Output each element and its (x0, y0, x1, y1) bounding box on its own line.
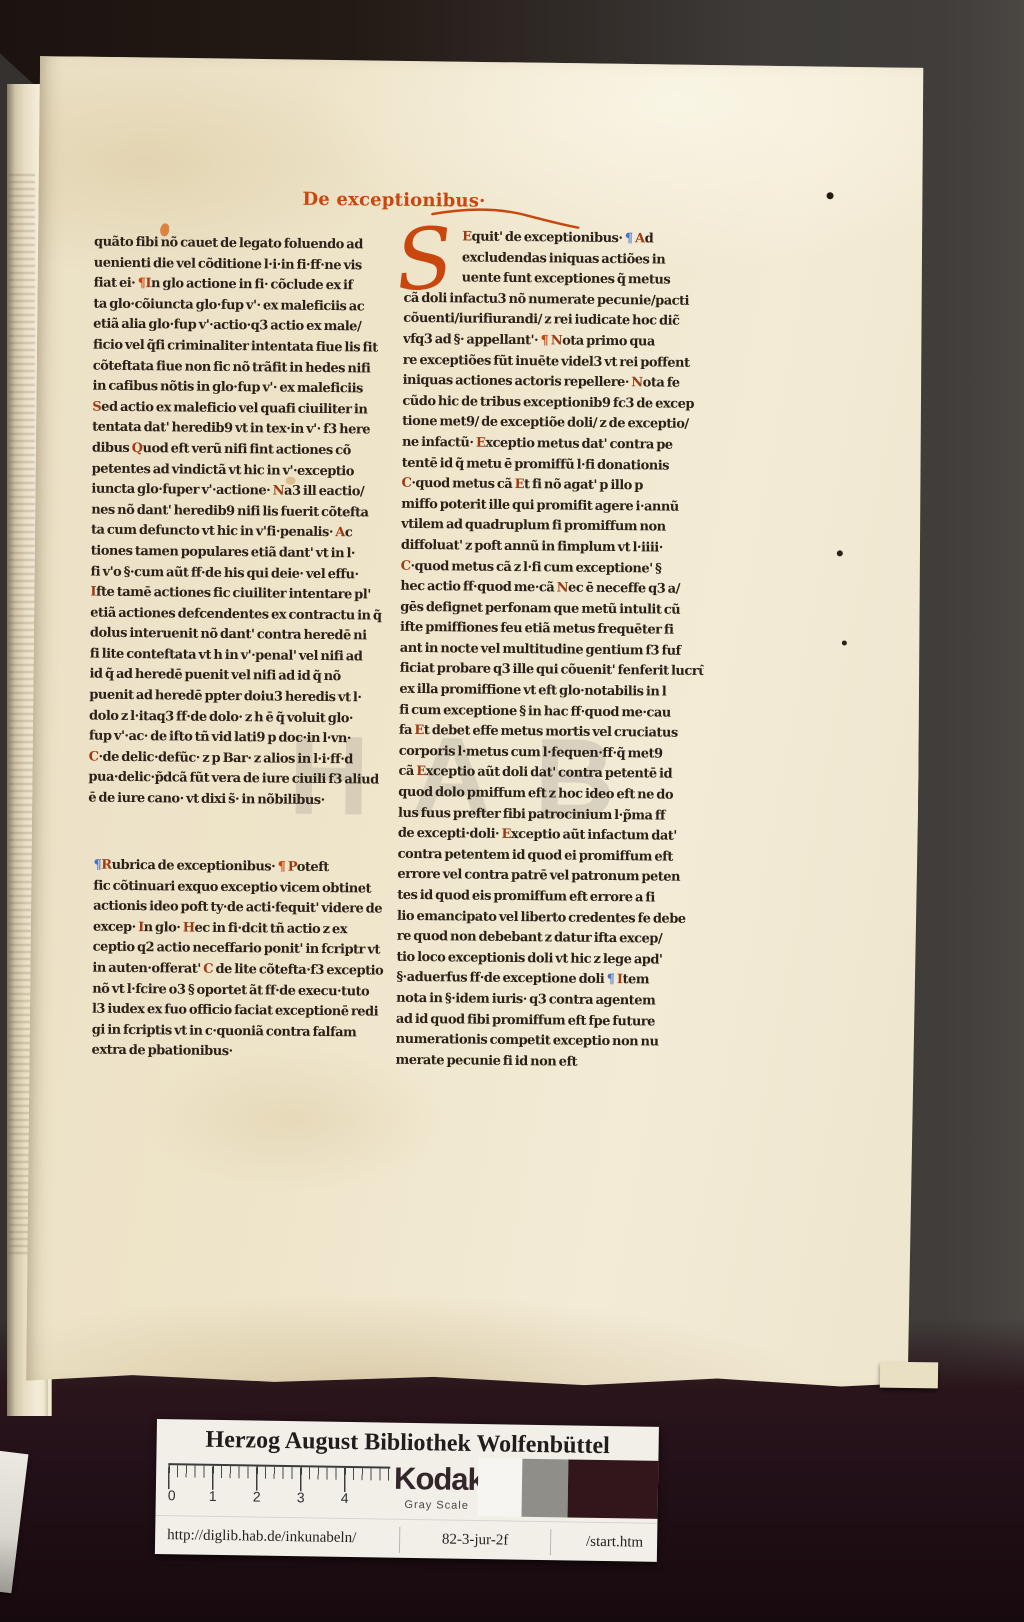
text-line: ficio vel q̃fi criminaliter intentata fi… (93, 336, 389, 360)
gray-scale-label: Gray Scale (394, 1499, 480, 1512)
rubricated-initial: C (89, 749, 99, 764)
text-line: extra de pbationibus· (91, 1041, 387, 1065)
rubricated-initial: N (557, 581, 569, 596)
text-line: ex illa promiffione vt eft glo·notabilis… (399, 680, 703, 704)
ruler-number: 2 (253, 1489, 261, 1505)
start-link-label: /start.htm (551, 1533, 657, 1552)
rubricated-initial: Q (132, 441, 143, 456)
rubricated-initial: N (631, 375, 643, 390)
rubricated-initial: I (145, 276, 151, 291)
rubricated-initial: P (288, 860, 297, 875)
ruler-numbers: 0 1 2 3 4 (168, 1487, 390, 1508)
text-line: diffoluat' z poft annũ in fimplum vt l·i… (401, 536, 705, 560)
rubricated-initial: S (92, 399, 101, 414)
ruler-number: 3 (297, 1489, 305, 1505)
text-line: l3 iudex ex fuo officio faciat exception… (92, 1000, 388, 1024)
text-line: iniquas actiones actoris repellere· Nota… (403, 371, 707, 395)
rubricated-initial: E (501, 827, 511, 842)
patch-gray (522, 1459, 569, 1518)
text-line: quod dolo pmiffum eft z hoc ideo eft ne … (398, 783, 702, 807)
manuscript-page: De exceptionibus· HAB quãto fibi nõ caue… (26, 56, 926, 1391)
rubricated-initial: R (101, 858, 111, 873)
wormhole-speck (837, 550, 843, 556)
text-line: iuncta glo·fuper v'·actione· Na3 ill eac… (91, 480, 387, 504)
left-column-block-2: ¶Rubrica de exceptionibus· ¶ Poteftfic c… (91, 856, 389, 1065)
text-line: fa Et debet effe metus mortis vel crucia… (399, 721, 703, 745)
card-bottom-row: http://diglib.hab.de/inkunabeln/ 82-3-ju… (155, 1515, 658, 1563)
gray-scale-patches (478, 1458, 659, 1519)
text-line: ta cum defuncto vt hic in v'fi·penalis· … (91, 521, 387, 545)
page-corner-tab (880, 1362, 938, 1389)
rubricated-initial: H (183, 920, 195, 935)
rubricated-initial: N (551, 333, 563, 348)
patch-white (478, 1458, 523, 1517)
text-line: in auten·offerat' C de lite cõtefta·f3 e… (92, 959, 388, 983)
rubricated-initial: E (515, 477, 525, 492)
text-line: ne infactũ· Exceptio metus dat' contra p… (402, 433, 706, 457)
rubricated-initial: I (617, 972, 623, 987)
left-column-block-1: quãto fibi nõ cauet de legato foluendo a… (88, 233, 390, 813)
red-pilcrow: ¶ (540, 333, 548, 348)
text-line: dibus Quod eft verũ nifi fint actiones c… (92, 439, 388, 463)
rubricated-initial: I (90, 585, 96, 600)
text-line: puenit ad heredē ppter doiu3 heredis vt … (89, 686, 385, 710)
ruler-number: 1 (209, 1488, 217, 1504)
red-pilcrow: ¶ (138, 276, 146, 291)
ruler-number: 0 (168, 1487, 176, 1503)
red-pilcrow: ¶ (278, 860, 286, 875)
rubricated-initial: C (203, 962, 213, 977)
rubricated-initial: E (462, 229, 472, 244)
text-line: quãto fibi nõ cauet de legato foluendo a… (94, 233, 390, 257)
digitized-incunable-photo: { "page_header": { "title": "De exceptio… (0, 0, 1024, 1622)
text-line: nota in §·idem iuris· q3 contra agentem (396, 989, 700, 1013)
blue-pilcrow: ¶ (607, 972, 615, 987)
rubricated-initial: E (416, 764, 426, 779)
text-line: re quod non debebant z datur ifta excep/ (397, 927, 701, 951)
right-column: Equit' de exceptionibus· ¶ Adexcludendas… (395, 227, 708, 1074)
rubricated-initial: C (401, 476, 411, 491)
text-line: tes id quod eis promiffum eft errore a f… (397, 886, 701, 910)
text-line: merate pecunie fi id non eft (395, 1051, 699, 1075)
rubricated-initial: E (414, 723, 424, 738)
blue-pilcrow: ¶ (625, 231, 633, 246)
text-line: dolus interuenit nõ dant' contra heredē … (90, 624, 386, 648)
text-line: hec actio ff·quod me·cã Nec ē neceffe q3… (400, 577, 704, 601)
kodak-brand-block: Kodak Gray Scale (394, 1461, 481, 1512)
text-line: fup v'·ac· de ifto tñ vid lati9 p doc·in… (89, 727, 385, 751)
kodak-gray-scale-card: Herzog August Bibliothek Wolfenbüttel 0 … (155, 1419, 659, 1562)
text-line: Ifte tamē actiones fic ciuiliter intenta… (90, 583, 386, 607)
text-line: C·quod metus cã Et fi nõ agat' p illo p (401, 474, 705, 498)
text-line: vfq3 ad §· appellant'· ¶ Nota primo qua (403, 330, 707, 354)
rubricated-initial: A (335, 525, 345, 540)
text-line: tiones tamen populares etiã dant' vt in … (91, 541, 387, 565)
rubricated-initial: N (273, 484, 285, 499)
stain-speck (286, 477, 296, 485)
wormhole-speck (842, 640, 847, 645)
text-line: fiat ei· ¶In glo actione in fi· cõclude … (94, 274, 390, 298)
cm-ruler: 0 1 2 3 4 (168, 1463, 391, 1512)
rubricated-initial: C (401, 558, 411, 573)
ruler-number: 4 (341, 1490, 349, 1506)
wormhole-speck (827, 192, 834, 199)
text-line: numerationis competit exceptio non nu (396, 1030, 700, 1054)
kodak-logo: Kodak (394, 1461, 481, 1498)
rubricated-initial: A (635, 231, 645, 246)
text-line: de excepti·doli· Exceptio aũt infactum d… (398, 824, 702, 848)
rubricated-initial: E (476, 436, 486, 451)
library-name: Herzog August Bibliothek Wolfenbüttel (156, 1426, 658, 1461)
text-line: in cafibus nõtis in glo·fup v'· ex malef… (92, 377, 388, 401)
blue-pilcrow: ¶ (93, 858, 101, 873)
shelfmark: 82-3-jur-2f (400, 1531, 550, 1550)
rubricated-initial: I (138, 920, 144, 935)
digital-library-url: http://diglib.hab.de/inkunabeln/ (155, 1527, 399, 1548)
patch-dark (568, 1459, 659, 1518)
text-line: actionis ideo poft ty·de acti·fequit' vi… (93, 897, 389, 921)
text-line: ē de iure cano· vt dixi s̃· in nõbilibus… (88, 789, 384, 813)
text-line: ¶Rubrica de exceptionibus· ¶ Poteft (93, 856, 389, 880)
